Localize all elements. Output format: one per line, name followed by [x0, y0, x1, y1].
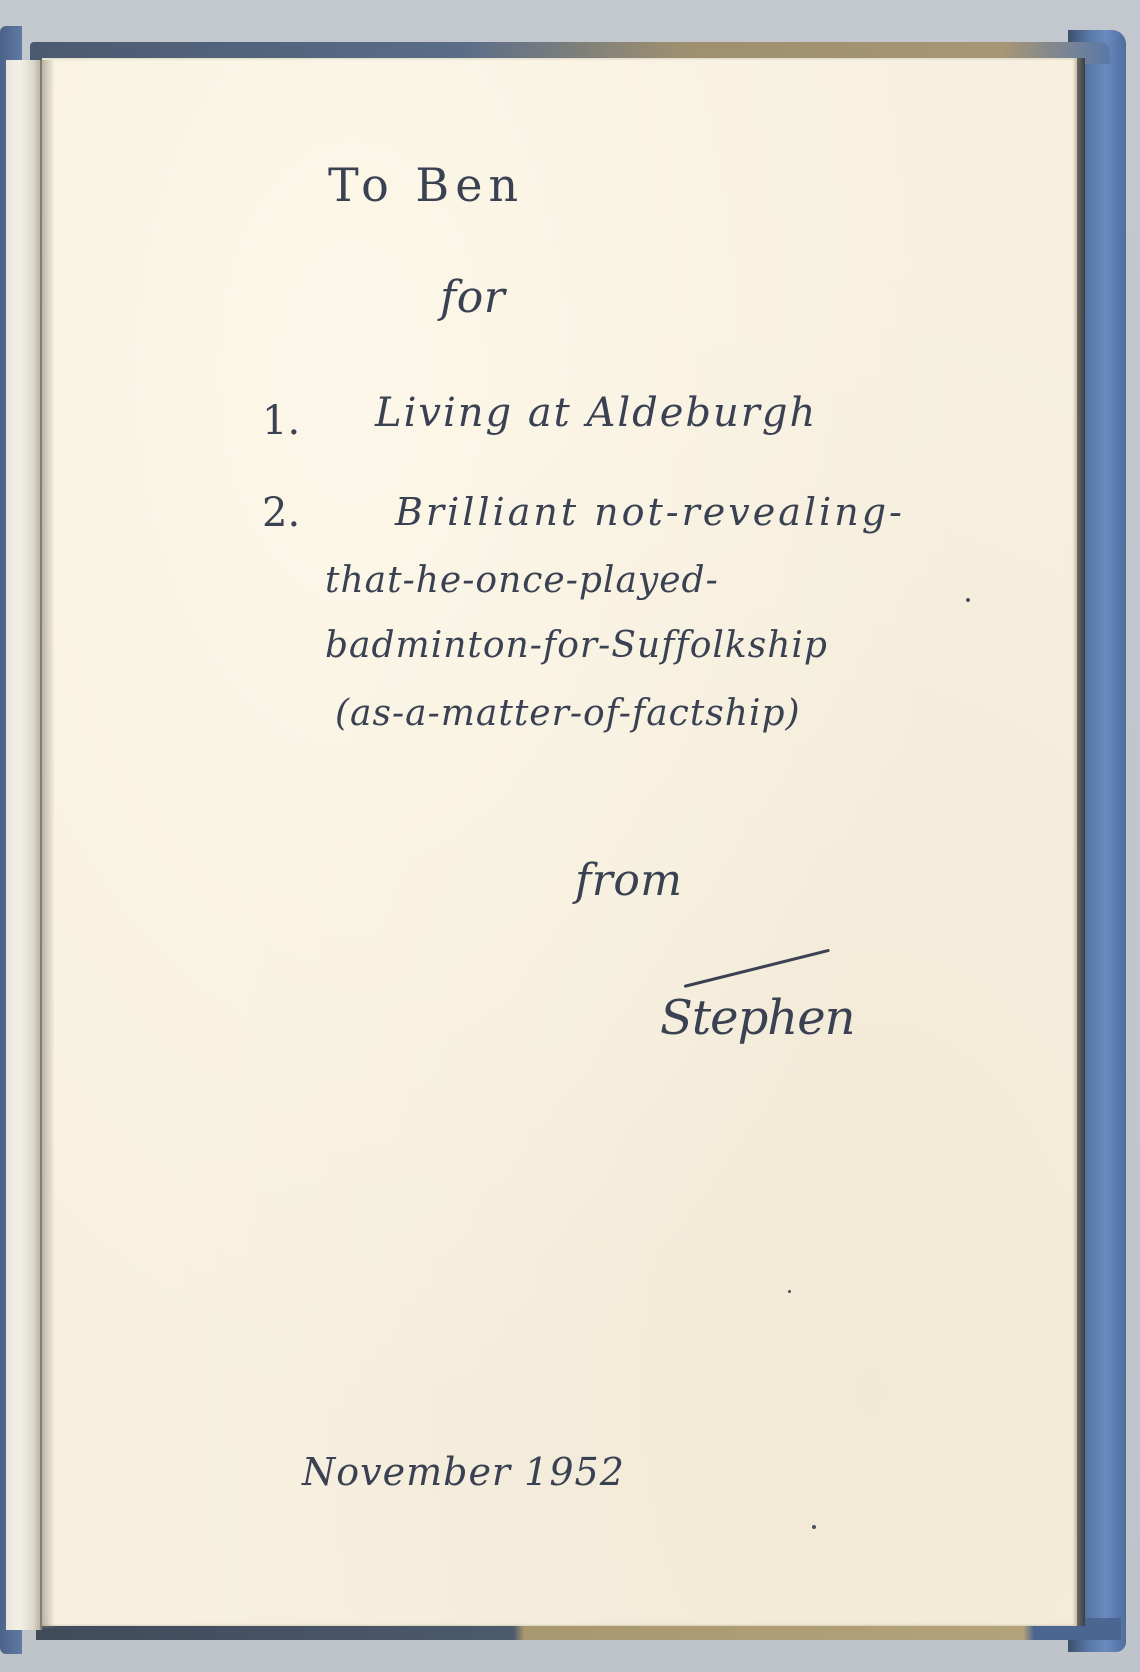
from-word: from	[575, 855, 683, 906]
item-2-line-1: Brilliant not-revealing-	[395, 490, 905, 534]
ink-speck	[788, 1290, 791, 1293]
item-1-text: Living at Aldeburgh	[375, 390, 817, 436]
for-word: for	[440, 272, 505, 323]
page-edge-shadow	[1077, 58, 1085, 1626]
ink-speck	[966, 598, 970, 602]
signature: Stephen	[660, 990, 855, 1046]
item-number-1: 1.	[262, 398, 300, 444]
gutter-shadow	[40, 60, 54, 1628]
item-number-2: 2.	[262, 490, 300, 536]
flyleaf-page	[42, 58, 1077, 1626]
item-2-line-2: that-he-once-played-	[325, 560, 719, 601]
inscription-date: November 1952	[302, 1450, 625, 1494]
salutation: To Ben	[328, 158, 524, 212]
ink-speck	[812, 1525, 816, 1529]
previous-leaf-edge	[6, 60, 42, 1630]
item-2-line-4: (as-a-matter-of-factship)	[335, 693, 801, 734]
item-2-line-3: badminton-for-Suffolkship	[325, 625, 828, 666]
